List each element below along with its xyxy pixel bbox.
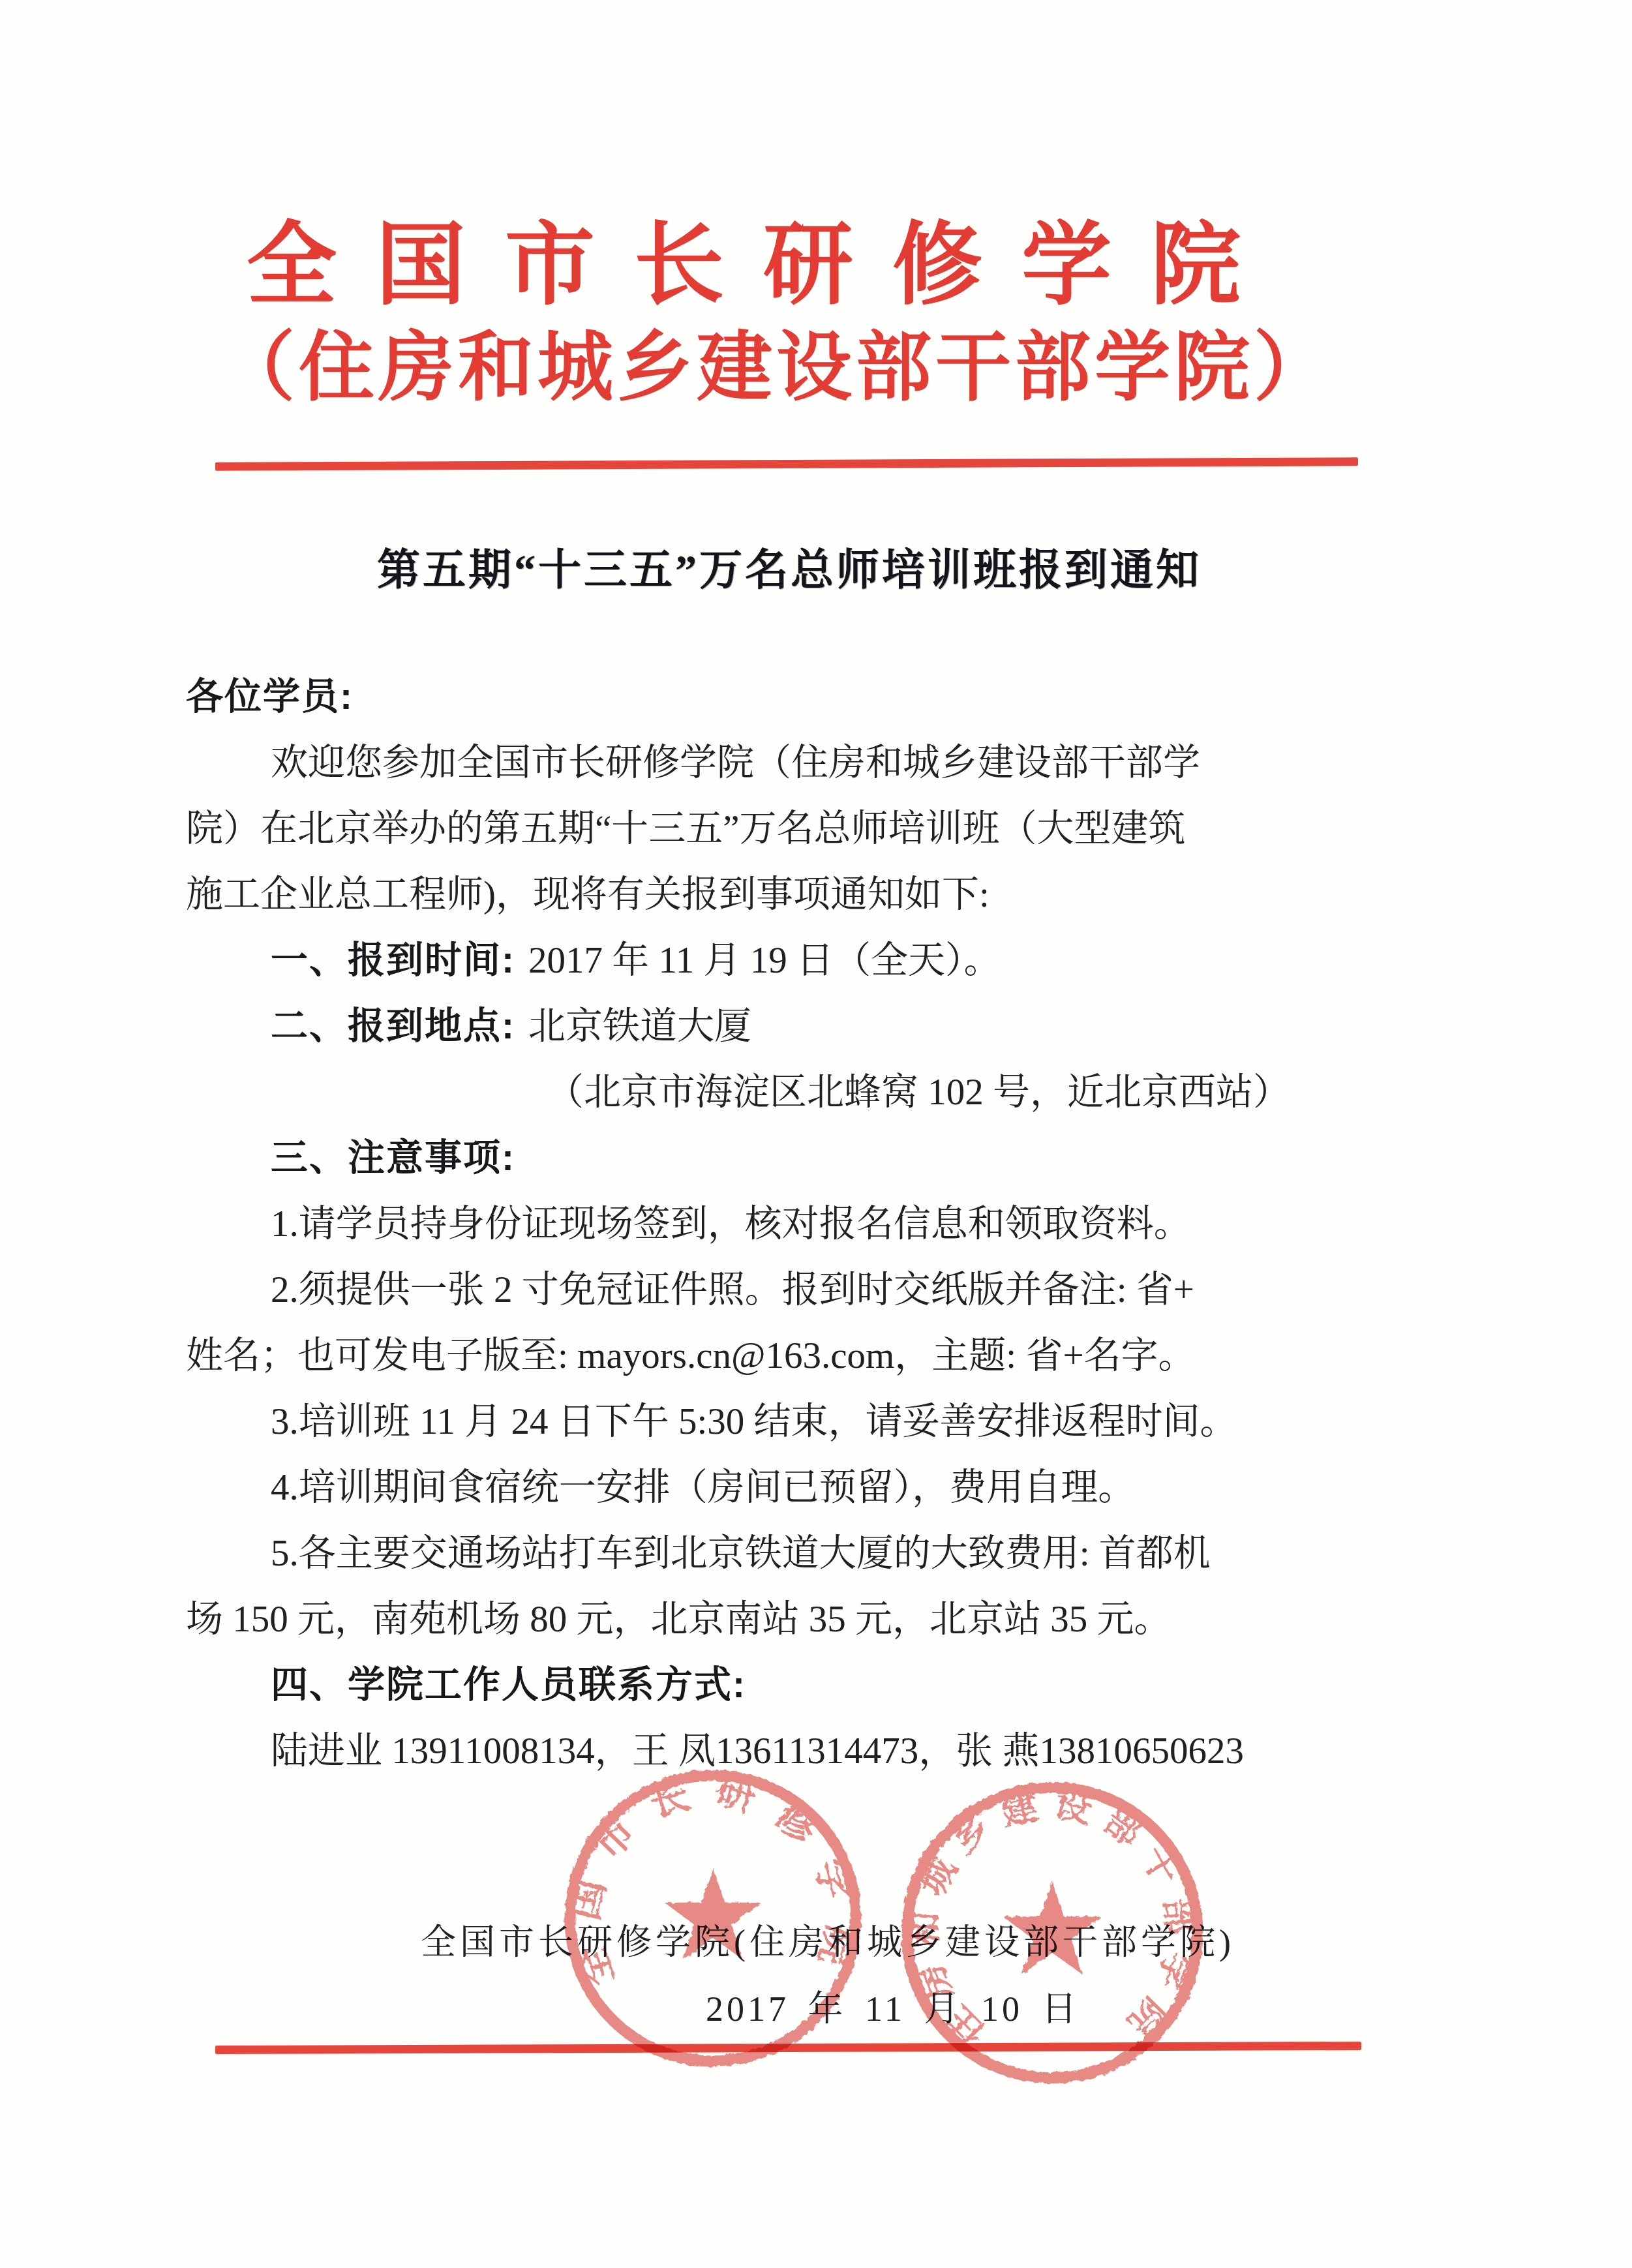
letterhead-line1: 全国市长研修学院 (247, 220, 1280, 310)
item-contacts-heading: 四、学院工作人员联系方式: (186, 1652, 1451, 1718)
footer-rule (215, 2042, 1361, 2054)
signature-organization: 全国市长研修学院(住房和城乡建设部干部学院) (421, 1914, 1235, 1965)
item-report-time: 一、报到时间:2017 年 11 月 19 日（全天）。 (186, 928, 1451, 993)
note-4: 4.培训期间食宿统一安排（房间已预留），费用自理。 (186, 1455, 1451, 1520)
salutation-text: 各位学员: (186, 676, 354, 718)
letterhead-line2: （住房和城乡建设部干部学院） (219, 327, 1333, 411)
notice-document-page: 全国市长研修学院 （住房和城乡建设部干部学院） 第五期“十三五”万名总师培训班报… (0, 0, 1632, 2268)
note-2-line-2: 姓名；也可发电子版至: mayors.cn@163.com，主题: 省+名字。 (186, 1323, 1451, 1389)
item-report-place-value: 北京铁道大厦 (528, 1006, 751, 1047)
item-report-time-label: 一、报到时间: (271, 939, 515, 981)
note-3: 3.培训班 11 月 24 日下午 5:30 结束，请妥善安排返程时间。 (186, 1389, 1451, 1455)
note-1: 1.请学员持身份证现场签到，核对报名信息和领取资料。 (186, 1191, 1451, 1257)
intro-line-1: 欢迎您参加全国市长研修学院（住房和城乡建设部干部学 (186, 730, 1451, 796)
item-report-place: 二、报到地点:北京铁道大厦 (186, 993, 1451, 1059)
contact-list: 陆进业 13911008134，王 凤13611314473，张 燕138106… (186, 1718, 1451, 1784)
salutation: 各位学员: (186, 664, 1451, 730)
note-2-line-1: 2.须提供一张 2 寸免冠证件照。报到时交纸版并备注: 省+ (186, 1257, 1451, 1323)
notice-title: 第五期“十三五”万名总师培训班报到通知 (215, 535, 1363, 597)
item-contacts-heading-label: 四、学院工作人员联系方式: (271, 1664, 746, 1706)
intro-line-3: 施工企业总工程师)，现将有关报到事项通知如下: (186, 862, 1451, 928)
note-5-line-1: 5.各主要交通场站打车到北京铁道大厦的大致费用: 首都机 (186, 1520, 1451, 1586)
intro-line-2: 院）在北京举办的第五期“十三五”万名总师培训班（大型建筑 (186, 796, 1451, 862)
item-notes-heading: 三、注意事项: (186, 1125, 1451, 1191)
item-report-place-address: （北京市海淀区北蜂窝 102 号，近北京西站） (186, 1059, 1451, 1125)
letterhead-divider-rule (215, 457, 1358, 471)
notice-body: 各位学员: 欢迎您参加全国市长研修学院（住房和城乡建设部干部学 院）在北京举办的… (186, 664, 1451, 1784)
note-5-line-2: 场 150 元，南苑机场 80 元，北京南站 35 元，北京站 35 元。 (186, 1586, 1451, 1652)
item-report-place-label: 二、报到地点: (271, 1005, 515, 1047)
item-report-time-value: 2017 年 11 月 19 日（全天）。 (528, 940, 1001, 981)
signature-date: 2017 年 11 月 10 日 (706, 1981, 1080, 2031)
item-notes-heading-label: 三、注意事项: (271, 1137, 515, 1179)
